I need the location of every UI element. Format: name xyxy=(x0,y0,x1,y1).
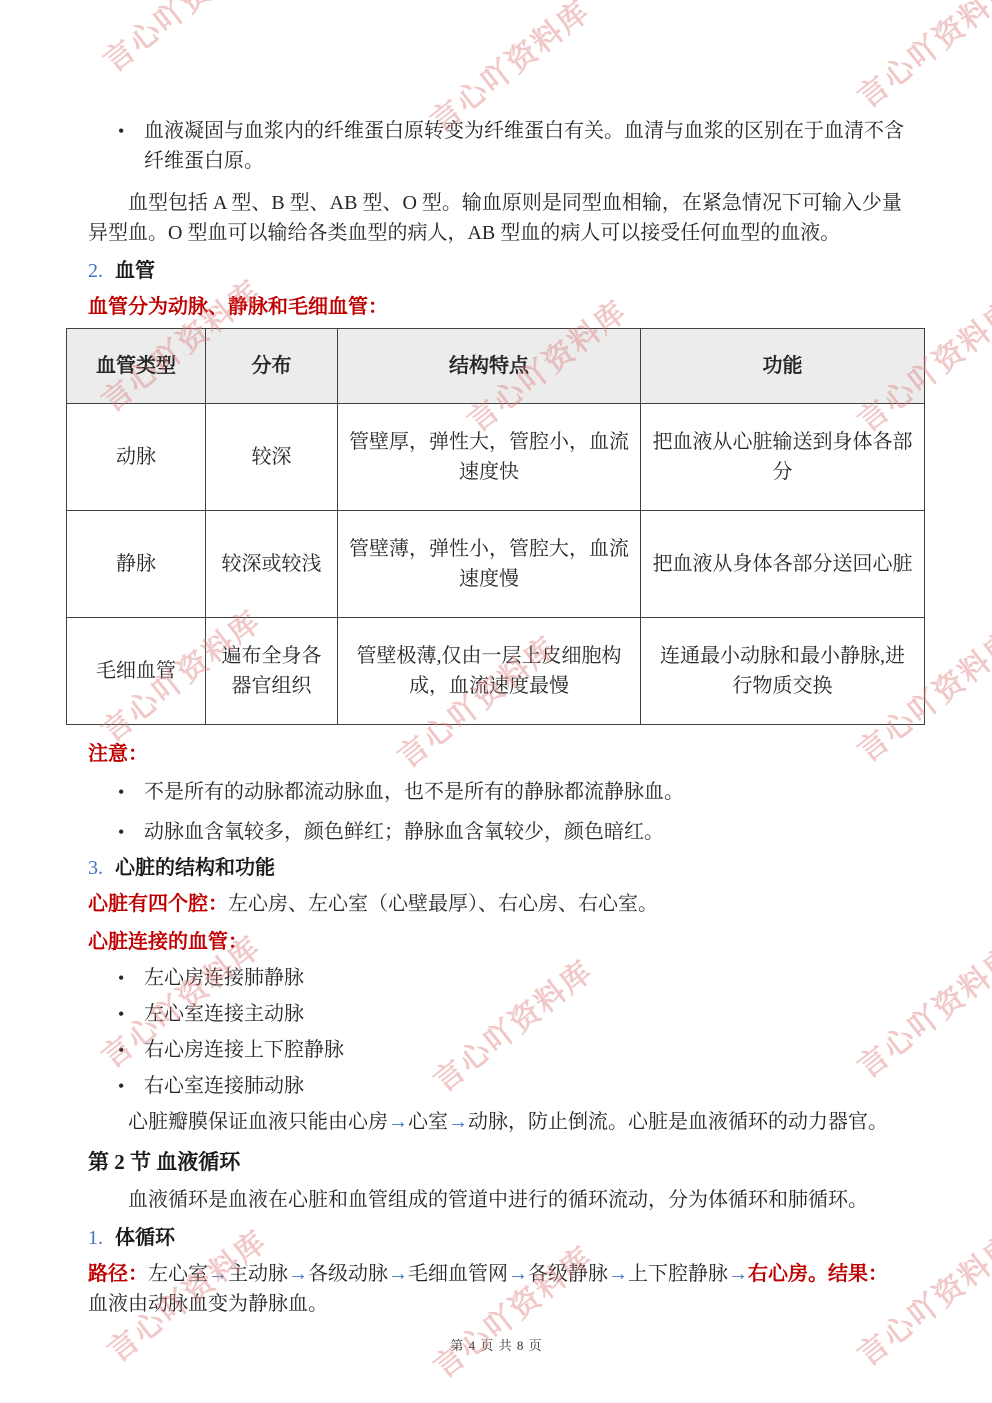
note-text: 不是所有的动脉都流动脉血，也不是所有的静脉都流静脉血。 xyxy=(144,777,905,807)
heart-chambers-line: 心脏有四个腔：左心房、左心室（心壁最厚）、右心房、右心室。 xyxy=(88,889,905,919)
section-title: 体循环 xyxy=(115,1227,175,1249)
cell-vein-function: 把血液从身体各部分送回心脏 xyxy=(640,511,924,618)
arrow-right-icon: → xyxy=(448,1111,468,1133)
list-item: • 左心室连接主动脉 xyxy=(88,999,905,1029)
circulation-paragraph: 血液循环是血液在心脏和血管组成的管道中进行的循环流动，分为体循环和肺循环。 xyxy=(88,1185,905,1215)
vessels-table: 血管类型 分布 结构特点 功能 动脉 较深 管壁厚，弹性大，管腔小，血流速度快 … xyxy=(66,328,925,725)
bullet-icon: • xyxy=(118,817,144,847)
bullet-icon: • xyxy=(118,963,144,993)
section-title: 心脏的结构和功能 xyxy=(115,857,275,879)
bullet-icon: • xyxy=(118,999,144,1029)
valve-paragraph: 心脏瓣膜保证血液只能由心房→心室→动脉，防止倒流。心脏是血液循环的动力器官。 xyxy=(88,1107,905,1137)
section-title: 血管 xyxy=(115,260,155,282)
document-content: • 血液凝固与血浆内的纤维蛋白原转变为纤维蛋白有关。血清与血浆的区别在于血清不含… xyxy=(0,0,992,1361)
valve-text: 动脉 xyxy=(468,1111,508,1133)
result-label: 结果： xyxy=(828,1263,888,1285)
col-header-function: 功能 xyxy=(640,329,924,404)
col-header-structure: 结构特点 xyxy=(338,329,641,404)
chambers-label: 心脏有四个腔： xyxy=(88,893,228,915)
section-heading-heart: 3.心脏的结构和功能 xyxy=(88,853,905,883)
cell-vein-type: 静脉 xyxy=(67,511,206,618)
document-page: 言心吖资料库 言心吖资料库 言心吖资料库 言心吖资料库 言心吖资料库 言心吖资料… xyxy=(0,0,992,1403)
list-item: • 动脉血含氧较多，颜色鲜红；静脉血含氧较少，颜色暗红。 xyxy=(88,817,905,847)
table-row: 动脉 较深 管壁厚，弹性大，管腔小，血流速度快 把血液从心脏输送到身体各部分 xyxy=(67,404,925,511)
cell-capillary-function: 连通最小动脉和最小静脉,进行物质交换 xyxy=(640,618,924,725)
bullet-icon: • xyxy=(118,1035,144,1065)
arrow-right-icon: → xyxy=(288,1263,308,1285)
cell-capillary-location: 遍布全身各器官组织 xyxy=(205,618,337,725)
valve-text: 心室 xyxy=(408,1111,448,1133)
section-number: 3. xyxy=(88,857,103,879)
list-item: • 右心房连接上下腔静脉 xyxy=(88,1035,905,1065)
connection-text: 右心房连接上下腔静脉 xyxy=(144,1035,905,1065)
arrow-right-icon: → xyxy=(728,1263,748,1285)
valve-text: ，防止倒流。心脏是血液循环的动力器官。 xyxy=(508,1111,888,1133)
note-text: 动脉血含氧较多，颜色鲜红；静脉血含氧较少，颜色暗红。 xyxy=(144,817,905,847)
list-item: • 血液凝固与血浆内的纤维蛋白原转变为纤维蛋白有关。血清与血浆的区别在于血清不含… xyxy=(88,116,905,176)
path-segment: 上下腔静脉 xyxy=(628,1263,728,1285)
chambers-text: 左心房、左心室（心壁最厚）、右心房、右心室。 xyxy=(228,893,658,915)
bullet-icon: • xyxy=(118,777,144,807)
path-label: 路径： xyxy=(88,1263,148,1285)
section-heading-systemic: 1.体循环 xyxy=(88,1223,905,1253)
vessels-red-intro: 血管分为动脉、静脉和毛细血管： xyxy=(88,292,905,322)
systemic-path-paragraph: 路径：左心室→主动脉→各级动脉→毛细血管网→各级静脉→上下腔静脉→右心房。结果：… xyxy=(88,1259,905,1319)
connection-text: 左心室连接主动脉 xyxy=(144,999,905,1029)
path-segment: 各级动脉 xyxy=(308,1263,388,1285)
cell-artery-function: 把血液从心脏输送到身体各部分 xyxy=(640,404,924,511)
bullet-icon: • xyxy=(118,116,144,146)
chapter-heading: 第 2 节 血液循环 xyxy=(88,1147,905,1177)
bullet-icon: • xyxy=(118,1071,144,1101)
result-text: 血液由动脉血变为静脉血。 xyxy=(88,1293,328,1315)
cell-capillary-type: 毛细血管 xyxy=(67,618,206,725)
path-segment: 左心室 xyxy=(148,1263,208,1285)
cell-vein-location: 较深或较浅 xyxy=(205,511,337,618)
arrow-right-icon: → xyxy=(388,1111,408,1133)
section-number: 1. xyxy=(88,1227,103,1249)
cell-artery-type: 动脉 xyxy=(67,404,206,511)
col-header-location: 分布 xyxy=(205,329,337,404)
section-number: 2. xyxy=(88,260,103,282)
path-destination: 右心房。 xyxy=(748,1263,828,1285)
path-segment: 毛细血管网 xyxy=(408,1263,508,1285)
arrow-right-icon: → xyxy=(388,1263,408,1285)
path-segment: 各级静脉 xyxy=(528,1263,608,1285)
section-heading-vessels: 2.血管 xyxy=(88,256,905,286)
valve-text: 心脏瓣膜保证血液只能由心房 xyxy=(128,1111,388,1133)
vessels-table-wrap: 血管类型 分布 结构特点 功能 动脉 较深 管壁厚，弹性大，管腔小，血流速度快 … xyxy=(66,328,905,725)
arrow-right-icon: → xyxy=(208,1263,228,1285)
arrow-right-icon: → xyxy=(508,1263,528,1285)
path-segment: 主动脉 xyxy=(228,1263,288,1285)
table-row: 静脉 较深或较浅 管壁薄，弹性小，管腔大，血流速度慢 把血液从身体各部分送回心脏 xyxy=(67,511,925,618)
arrow-right-icon: → xyxy=(608,1263,628,1285)
cell-artery-structure: 管壁厚，弹性大，管腔小，血流速度快 xyxy=(338,404,641,511)
connection-text: 左心房连接肺静脉 xyxy=(144,963,905,993)
cell-artery-location: 较深 xyxy=(205,404,337,511)
table-header-row: 血管类型 分布 结构特点 功能 xyxy=(67,329,925,404)
cell-vein-structure: 管壁薄，弹性小，管腔大，血流速度慢 xyxy=(338,511,641,618)
heart-vessels-label: 心脏连接的血管： xyxy=(88,927,905,957)
col-header-type: 血管类型 xyxy=(67,329,206,404)
connection-text: 右心室连接肺动脉 xyxy=(144,1071,905,1101)
list-item: • 不是所有的动脉都流动脉血，也不是所有的静脉都流静脉血。 xyxy=(88,777,905,807)
note-label: 注意： xyxy=(88,739,905,769)
list-item: • 右心室连接肺动脉 xyxy=(88,1071,905,1101)
list-item: • 左心房连接肺静脉 xyxy=(88,963,905,993)
table-row: 毛细血管 遍布全身各器官组织 管壁极薄,仅由一层上皮细胞构成，血流速度最慢 连通… xyxy=(67,618,925,725)
blood-type-paragraph: 血型包括 A 型、B 型、AB 型、O 型。输血原则是同型血相输，在紧急情况下可… xyxy=(88,188,905,248)
page-number: 第 4 页 共 8 页 xyxy=(88,1331,905,1361)
cell-capillary-structure: 管壁极薄,仅由一层上皮细胞构成，血流速度最慢 xyxy=(338,618,641,725)
intro-bullet-text: 血液凝固与血浆内的纤维蛋白原转变为纤维蛋白有关。血清与血浆的区别在于血清不含纤维… xyxy=(144,116,905,176)
